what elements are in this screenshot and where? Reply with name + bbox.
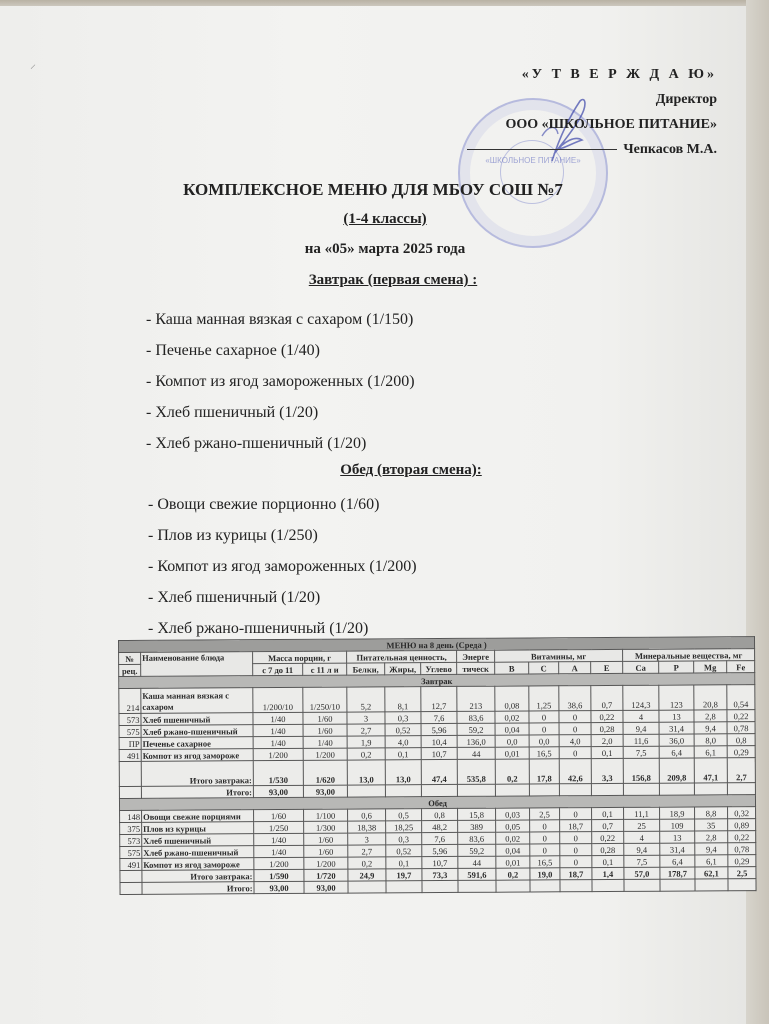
table-cell: 0	[560, 832, 592, 844]
table-cell: 0	[559, 747, 591, 759]
table-cell: 0,32	[728, 807, 756, 819]
col-energy: Энерге	[457, 650, 495, 662]
table-cell: 0,02	[496, 832, 530, 844]
col-fe: Fe	[727, 661, 755, 673]
table-cell: 1/40	[254, 833, 304, 845]
table-cell: 7,5	[624, 855, 660, 867]
list-item: - Каша манная вязкая с сахаром (1/150)	[146, 304, 415, 335]
table-cell: 7,5	[623, 746, 659, 758]
table-cell: 1/60	[254, 809, 304, 821]
col-carbs: Углево	[421, 662, 457, 674]
table-cell: 1/100	[304, 809, 348, 821]
table-cell: 0	[559, 723, 591, 735]
table-cell: 0,22	[591, 710, 623, 722]
total-cell: 19,7	[386, 869, 422, 881]
table-cell: 0,22	[728, 831, 756, 843]
empty-cell	[385, 785, 421, 797]
table-cell: 10,7	[421, 747, 457, 759]
table-cell: 10,7	[422, 856, 458, 868]
table-cell: 0,1	[592, 855, 624, 867]
total-cell: 57,0	[624, 867, 660, 879]
table-cell: 4	[624, 831, 660, 843]
total-label: Итого завтрака:	[141, 761, 253, 787]
table-cell: 0,04	[496, 844, 530, 856]
table-cell: 1/60	[303, 724, 347, 736]
table-cell: 7,6	[421, 711, 457, 723]
col-nutrition: Питательная ценность,	[347, 650, 457, 663]
table-cell: 0,05	[496, 820, 530, 832]
recipe-number: 573	[120, 834, 142, 846]
cost-label: Итого:	[142, 882, 254, 895]
table-cell: 0,89	[728, 819, 756, 831]
table-cell: 13	[660, 831, 695, 843]
empty-cell	[623, 783, 659, 795]
signature-line	[467, 149, 617, 150]
table-cell: 1/200	[253, 748, 303, 760]
total-cell: 42,6	[559, 759, 591, 784]
table-cell: 0,1	[591, 746, 623, 758]
cost-cell: 93,00	[254, 881, 304, 893]
empty-cell	[496, 880, 530, 892]
total-cell: 13,0	[385, 760, 421, 785]
col-p: P	[659, 661, 694, 673]
table-cell: 20,8	[694, 685, 727, 710]
table-cell: 124,3	[623, 685, 659, 710]
table-cell: 136,0	[457, 735, 495, 747]
table-cell: 0,2	[348, 857, 386, 869]
table-cell: 2,0	[591, 734, 623, 746]
table-cell: 1/60	[304, 845, 348, 857]
empty-cell	[659, 783, 694, 795]
table-cell: 2,7	[347, 724, 385, 736]
total-cell: 1/590	[254, 869, 304, 881]
table-cell: 0,2	[347, 748, 385, 760]
table-cell: 0,1	[385, 748, 421, 760]
table-cell: 10,4	[421, 735, 457, 747]
empty-cell	[347, 785, 385, 797]
empty-cell	[348, 881, 386, 893]
table-cell: 0,28	[592, 843, 624, 855]
empty-cell	[458, 880, 496, 892]
total-cell: 178,7	[660, 867, 695, 879]
col-mg: Mg	[694, 661, 727, 673]
total-cell: 1,4	[592, 867, 624, 879]
total-cell: 1/620	[303, 760, 347, 785]
table-cell: 31,4	[659, 722, 694, 734]
signatory-name: Чепкасов М.А.	[623, 142, 717, 157]
empty-cell	[591, 783, 623, 795]
table-cell: 0,8	[422, 808, 458, 820]
table-cell: 8,8	[695, 807, 728, 819]
table-cell: 18,9	[660, 807, 695, 819]
table-cell: 3	[348, 833, 386, 845]
table-cell: 8,1	[385, 687, 421, 712]
table-cell: 1/60	[303, 712, 347, 724]
table-cell: 0,02	[495, 711, 529, 723]
table-cell: 0	[530, 832, 560, 844]
table-cell: 83,6	[458, 832, 496, 844]
table-cell: 0,01	[496, 856, 530, 868]
empty-cell	[660, 879, 695, 891]
table-cell: 6,1	[695, 855, 728, 867]
table-cell: 5,96	[421, 723, 457, 735]
total-cell: 47,1	[694, 758, 727, 783]
recipe-number: 491	[120, 858, 142, 870]
table-cell: 12,7	[421, 686, 457, 711]
empty-cell	[727, 783, 755, 795]
table-cell: 0,08	[495, 686, 529, 711]
table-cell: 0,22	[727, 710, 755, 722]
breakfast-heading: Завтрак (первая смена) :	[20, 272, 766, 289]
recipe-number: 573	[119, 713, 141, 725]
dish-name: Плов из курицы	[142, 822, 254, 835]
col-portion-mass: Масса порции, г	[253, 651, 347, 664]
total-cell: 209,8	[659, 758, 694, 783]
empty-cell	[559, 784, 591, 796]
table-cell: 0,7	[592, 819, 624, 831]
cost-cell: 93,00	[253, 785, 303, 797]
empty-cell	[120, 870, 142, 882]
table-cell: 6,1	[694, 746, 727, 758]
col-dish-name: Наименование блюда	[141, 652, 253, 677]
col-rec-no-sub: рец.	[119, 664, 141, 676]
total-cell: 62,1	[695, 867, 728, 879]
total-row: Итого завтрака:1/5301/62013,013,047,4535…	[119, 758, 755, 787]
dish-name: Хлеб ржано-пшеничный	[142, 846, 254, 859]
table-cell: 0,01	[495, 747, 529, 759]
total-cell: 73,3	[422, 868, 458, 880]
total-cell: 18,7	[560, 868, 592, 880]
table-cell: 0,7	[591, 685, 623, 710]
list-item: - Плов из курицы (1/250)	[148, 520, 417, 551]
empty-cell	[421, 784, 457, 796]
table-cell: 2,8	[695, 831, 728, 843]
table-cell: 0	[529, 711, 559, 723]
dish-name: Каша манная вязкая с сахаром	[141, 688, 253, 714]
table-cell: 0	[559, 711, 591, 723]
table-cell: 59,2	[457, 723, 495, 735]
total-cell: 1/530	[253, 760, 303, 785]
table-cell: 0,3	[385, 712, 421, 724]
total-cell: 156,8	[623, 758, 659, 783]
total-cell: 0,2	[495, 759, 529, 784]
table-cell: 0,29	[727, 746, 755, 758]
col-proteins: Белки,	[347, 663, 385, 675]
table-cell: 389	[458, 820, 496, 832]
table-cell: 18,38	[348, 821, 386, 833]
table-cell: 3	[347, 712, 385, 724]
table-cell: 0,78	[727, 722, 755, 734]
table-cell: 1,25	[529, 686, 559, 711]
table-cell: 2,8	[694, 710, 727, 722]
menu-date: на «05» марта 2025 года	[12, 241, 758, 258]
table-cell: 0,28	[591, 722, 623, 734]
table-cell: 1/300	[304, 821, 348, 833]
col-energy-sub: тическ	[457, 662, 495, 674]
table-cell: 35	[695, 819, 728, 831]
approve-label: «У Т В Е Р Ж Д А Ю»	[467, 62, 717, 87]
col-vit-e: Е	[591, 661, 623, 673]
list-item: - Хлеб ржано-пшеничный (1/20)	[146, 428, 415, 459]
table-cell: 1/40	[254, 845, 304, 857]
col-rec-no: №	[119, 652, 141, 664]
table-cell: 9,4	[624, 843, 660, 855]
table-cell: 16,5	[530, 856, 560, 868]
col-ca: Ca	[623, 661, 659, 673]
table-cell: 1/200/10	[253, 687, 303, 712]
empty-cell	[530, 880, 560, 892]
table-body: Завтрак214Каша манная вязкая с сахаром1/…	[119, 673, 756, 895]
paper-mark: ⸝	[30, 55, 56, 69]
table-cell: 1/40	[253, 712, 303, 724]
empty-cell	[694, 783, 727, 795]
empty-cell	[119, 786, 141, 798]
recipe-number: 491	[119, 749, 141, 761]
list-item: - Печенье сахарное (1/40)	[146, 335, 415, 366]
table-cell: 1/40	[253, 736, 303, 748]
table-cell: 2,7	[348, 845, 386, 857]
total-cell: 24,9	[348, 869, 386, 881]
table-cell: 11,1	[624, 807, 660, 819]
empty-cell	[728, 879, 756, 891]
empty-cell	[386, 881, 422, 893]
empty-cell	[624, 879, 660, 891]
table-cell: 83,6	[457, 711, 495, 723]
col-vitamins: Витамины, мг	[495, 649, 623, 662]
list-item: - Компот из ягод замороженных (1/200)	[146, 366, 415, 397]
total-cell: 2,5	[728, 867, 756, 879]
dish-name: Печенье сахарное	[141, 737, 253, 750]
nutrition-table-container: МЕНЮ на 8 день (Среда ) № Наименование б…	[118, 636, 746, 895]
table-cell: 0,03	[496, 808, 530, 820]
table-cell: 9,4	[695, 843, 728, 855]
table-cell: 123	[659, 685, 694, 710]
table-cell: 1,9	[347, 736, 385, 748]
table-cell: 36,0	[659, 734, 694, 746]
dish-name: Компот из ягод заморожe	[141, 749, 253, 762]
table-cell: 4,0	[559, 735, 591, 747]
table-cell: 1/40	[253, 724, 303, 736]
total-cell: 3,3	[591, 758, 623, 783]
table-cell: 0,78	[728, 843, 756, 855]
table-cell: 0	[530, 844, 560, 856]
cost-label: Итого:	[141, 786, 253, 799]
table-cell: 44	[457, 747, 495, 759]
list-item: - Компот из ягод замороженных (1/200)	[148, 551, 417, 582]
grades-subtitle: (1-4 классы)	[12, 211, 758, 228]
table-cell: 0,6	[348, 809, 386, 821]
total-cell: 2,7	[727, 758, 755, 783]
col-age-7-11: с 7 до 11	[253, 663, 303, 675]
table-cell: 15,8	[458, 808, 496, 820]
organization-name: ООО «ШКОЛЬНОЕ ПИТАНИЕ»	[467, 112, 717, 137]
recipe-number: 375	[120, 822, 142, 834]
table-cell: 1/200	[254, 857, 304, 869]
empty-cell	[695, 879, 728, 891]
cost-cell: 93,00	[304, 881, 348, 893]
table-cell: 1/60	[304, 833, 348, 845]
table-cell: 4	[623, 710, 659, 722]
table-cell: 1/200	[304, 857, 348, 869]
table-cell: 0,54	[727, 685, 755, 710]
table-cell: 18,7	[560, 820, 592, 832]
table-cell: 7,6	[422, 832, 458, 844]
director-position: Директор	[467, 87, 717, 112]
dish-name: Хлеб пшеничный	[141, 713, 253, 726]
empty-cell	[457, 784, 495, 796]
recipe-number: 575	[120, 846, 142, 858]
col-vit-b: В	[495, 662, 529, 674]
table-cell: 5,2	[347, 687, 385, 712]
table-cell: 1/40	[303, 736, 347, 748]
cost-cell: 93,00	[303, 785, 347, 797]
table-cell: 0,5	[386, 809, 422, 821]
table-cell: 213	[457, 686, 495, 711]
dish-name: Хлеб ржано-пшеничный	[141, 725, 253, 738]
nutrition-table: МЕНЮ на 8 день (Среда ) № Наименование б…	[118, 636, 757, 895]
table-cell: 25	[624, 819, 660, 831]
table-cell: 0,0	[495, 735, 529, 747]
total-cell: 591,6	[458, 868, 496, 880]
table-cell: 0	[560, 844, 592, 856]
breakfast-list: - Каша манная вязкая с сахаром (1/150) -…	[146, 304, 415, 459]
table-cell: 0	[529, 723, 559, 735]
total-label: Итого завтрака:	[142, 870, 254, 883]
table-cell: 0	[560, 808, 592, 820]
table-cell: 6,4	[660, 855, 695, 867]
col-fats: Жиры,	[385, 663, 421, 675]
table-cell: 4,0	[385, 736, 421, 748]
empty-cell	[529, 784, 559, 796]
table-cell: 0,52	[386, 845, 422, 857]
table-cell: 0,1	[386, 857, 422, 869]
empty-cell	[119, 761, 141, 786]
table-cell: 18,25	[386, 821, 422, 833]
total-cell: 19,0	[530, 868, 560, 880]
col-minerals: Минеральные вещества, мг	[623, 649, 755, 662]
approval-block: «У Т В Е Р Ж Д А Ю» Директор ООО «ШКОЛЬН…	[467, 62, 717, 162]
table-cell: 6,4	[659, 746, 694, 758]
empty-cell	[120, 882, 142, 894]
document-title: КОМПЛЕКСНОЕ МЕНЮ ДЛЯ МБОУ СОШ №7	[0, 180, 746, 200]
lunch-heading: Обед (вторая смена):	[38, 462, 769, 479]
table-cell: 31,4	[660, 843, 695, 855]
table-cell: 1/200	[303, 748, 347, 760]
recipe-number: 148	[120, 810, 142, 822]
table-row: 214Каша манная вязкая с сахаром1/200/101…	[119, 685, 755, 714]
empty-cell	[422, 880, 458, 892]
dish-name: Хлеб пшеничный	[142, 834, 254, 847]
table-cell: 0,22	[592, 831, 624, 843]
table-cell: 0,29	[728, 855, 756, 867]
table-cell: 1/250	[254, 821, 304, 833]
dish-name: Компот из ягод заморожe	[142, 858, 254, 871]
recipe-number: 214	[119, 688, 141, 713]
table-cell: 0,04	[495, 723, 529, 735]
table-cell: 59,2	[458, 844, 496, 856]
total-cell: 535,8	[457, 759, 495, 784]
table-cell: 11,6	[623, 734, 659, 746]
table-cell: 109	[660, 819, 695, 831]
col-vit-c: С	[529, 662, 559, 674]
total-cell: 13,0	[347, 760, 385, 785]
total-cell: 0,2	[496, 868, 530, 880]
table-cell: 9,4	[623, 722, 659, 734]
table-cell: 0	[560, 856, 592, 868]
table-cell: 16,5	[529, 747, 559, 759]
table-cell: 44	[458, 856, 496, 868]
lunch-list: - Овощи свежие порционно (1/60) - Плов и…	[148, 489, 417, 644]
table-cell: 0,1	[592, 807, 624, 819]
col-vit-a: А	[559, 662, 591, 674]
recipe-number: ПР	[119, 737, 141, 749]
recipe-number: 575	[119, 725, 141, 737]
total-cell: 47,4	[421, 759, 457, 784]
dish-name: Овощи свежие порциями	[142, 810, 254, 823]
table-cell: 9,4	[694, 722, 727, 734]
empty-cell	[495, 784, 529, 796]
table-cell: 0	[530, 820, 560, 832]
table-cell: 2,5	[530, 808, 560, 820]
list-item: - Хлеб пшеничный (1/20)	[148, 582, 417, 613]
table-cell: 8,0	[694, 734, 727, 746]
table-cell: 0,0	[529, 735, 559, 747]
empty-cell	[560, 880, 592, 892]
list-item: - Овощи свежие порционно (1/60)	[148, 489, 417, 520]
table-cell: 5,96	[422, 844, 458, 856]
table-cell: 48,2	[422, 820, 458, 832]
table-cell: 0,52	[385, 724, 421, 736]
total-cell: 1/720	[304, 869, 348, 881]
list-item: - Хлеб пшеничный (1/20)	[146, 397, 415, 428]
table-cell: 0,8	[727, 734, 755, 746]
table-cell: 13	[659, 710, 694, 722]
table-cell: 1/250/10	[303, 687, 347, 712]
col-age-11-plus: с 11 л и	[303, 663, 347, 675]
table-cell: 0,3	[386, 833, 422, 845]
table-cell: 38,6	[559, 686, 591, 711]
empty-cell	[592, 879, 624, 891]
total-cell: 17,8	[529, 759, 559, 784]
signatory-line: Чепкасов М.А.	[467, 137, 717, 162]
